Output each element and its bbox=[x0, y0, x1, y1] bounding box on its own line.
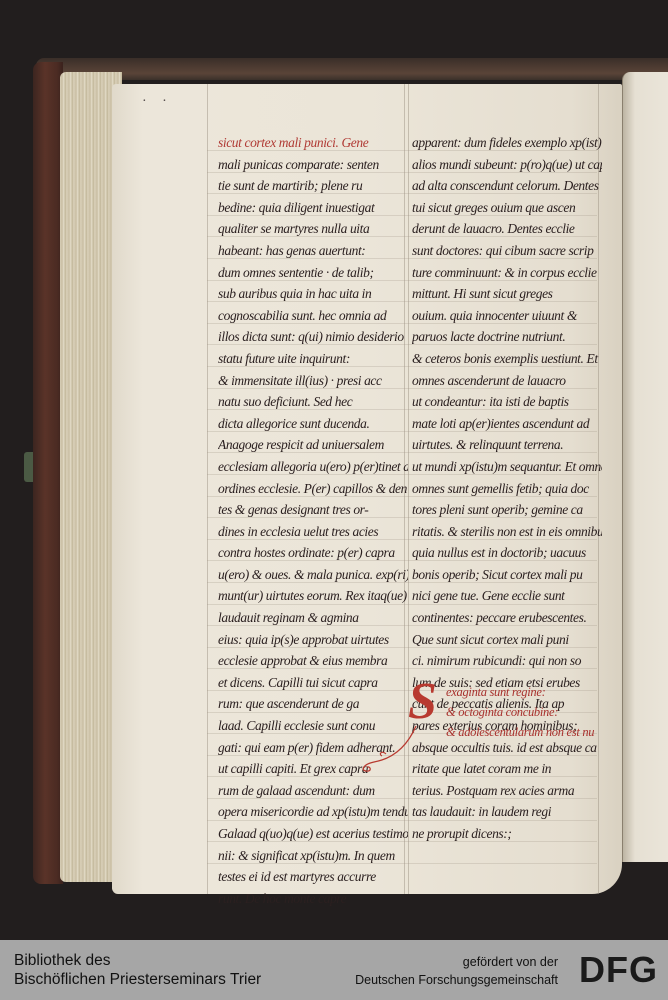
text-line: dicta allegorice sunt ducenda. bbox=[218, 413, 408, 435]
text-line: sunt doctores: qui cibum sacre scrip bbox=[412, 240, 602, 262]
text-line: & immensitate ill(ius) · presi acc bbox=[218, 370, 408, 392]
text-line: rum: que ascenderunt de ga bbox=[218, 693, 408, 715]
text-line: Galaad q(uo)q(ue) est acerius testimo bbox=[218, 823, 408, 845]
library-line-2: Bischöflichen Priesterseminars Trier bbox=[14, 970, 261, 989]
text-line: derunt de lauacro. Dentes ecclie bbox=[412, 218, 602, 240]
funding-line-2: Deutschen Forschungsgemeinschaft bbox=[355, 971, 558, 989]
text-line: ci. nimirum rubicundi: qui non so bbox=[412, 650, 602, 672]
text-line: ordines ecclesie. P(er) capillos & den bbox=[218, 478, 408, 500]
text-line: nici gene tue. Gene ecclie sunt bbox=[412, 585, 602, 607]
text-line: ut condeantur: ita isti de baptis bbox=[412, 391, 602, 413]
text-line: continentes: peccare erubescentes. bbox=[412, 607, 602, 629]
text-line: bonis operib; Sicut cortex mali pu bbox=[412, 564, 602, 586]
text-line: statu future uite inquirunt: bbox=[218, 348, 408, 370]
text-line: et dicens. Capilli tui sicut capra bbox=[218, 672, 408, 694]
text-line: munt(ur) uirtutes eorum. Rex itaq(ue) bbox=[218, 585, 408, 607]
text-line: rum de galaad ascendunt: dum bbox=[218, 780, 408, 802]
decorated-initial: S bbox=[408, 676, 437, 728]
dfg-logo: DFG bbox=[579, 952, 658, 988]
rubric-text: exaginta sunt regine:& octoginta concubi… bbox=[446, 682, 594, 742]
text-line: & ceteros bonis exemplis uestiunt. Et bbox=[412, 348, 602, 370]
text-line: tas laudauit: in laudem regi bbox=[412, 801, 602, 823]
text-line: mate loti ap(er)ientes ascendunt ad bbox=[412, 413, 602, 435]
rubric-line: & adolescentularum non est nu bbox=[446, 722, 594, 742]
text-line: omnes sunt gemellis fetib; quia doc bbox=[412, 478, 602, 500]
text-line: runt. De hoc monte capre bbox=[218, 888, 408, 910]
page-marks: · · bbox=[142, 94, 173, 110]
text-line: quia nullus est in doctorib; uacuus bbox=[412, 542, 602, 564]
book-board-top bbox=[36, 58, 668, 80]
text-line: nii: & significat xp(istu)m. In quem bbox=[218, 845, 408, 867]
text-line: sub auribus quia in hac uita in bbox=[218, 283, 408, 305]
text-line: ad alta conscendunt celorum. Dentes bbox=[412, 175, 602, 197]
text-line: ne prorupit dicens:; bbox=[412, 823, 602, 845]
text-line: ritatis. & sterilis non est in eis omnib… bbox=[412, 521, 602, 543]
text-column-left: sicut cortex mali punici. Genemali punic… bbox=[218, 132, 408, 909]
library-line-1: Bibliothek des bbox=[14, 951, 261, 970]
rubric-line: exaginta sunt regine: bbox=[446, 682, 594, 702]
text-line: mali punicas comparate: senten bbox=[218, 154, 408, 176]
text-line: dines in ecclesia uelut tres acies bbox=[218, 521, 408, 543]
text-line: habeant: has genas auertunt: bbox=[218, 240, 408, 262]
text-line: cognoscabilia sunt. hec omnia ad bbox=[218, 305, 408, 327]
text-line: opera misericordie ad xp(istu)m tendunt. bbox=[218, 801, 408, 823]
funding-line-1: gefördert von der bbox=[355, 953, 558, 971]
text-line: omnes ascenderunt de lauacro bbox=[412, 370, 602, 392]
text-line: tie sunt de martirib; plene ru bbox=[218, 175, 408, 197]
library-name: Bibliothek des Bischöflichen Priestersem… bbox=[14, 951, 261, 989]
text-line: ut mundi xp(istu)m sequantur. Et omnes bbox=[412, 456, 602, 478]
funding-credit: gefördert von der Deutschen Forschungsge… bbox=[355, 953, 558, 989]
manuscript-page: · · sicut cortex mali punici. Genemali p… bbox=[112, 84, 622, 894]
text-line: bedine: quia diligent inuestigat bbox=[218, 197, 408, 219]
ruling-line bbox=[207, 84, 208, 894]
text-line: terius. Postquam rex acies arma bbox=[412, 780, 602, 802]
text-line: Que sunt sicut cortex mali puni bbox=[412, 629, 602, 651]
facing-page bbox=[622, 72, 668, 862]
book-cover-edge bbox=[33, 62, 63, 884]
text-line: ecclesiam allegoria u(ero) p(er)tinet ad bbox=[218, 456, 408, 478]
text-line: uirtutes. & relinquunt terrena. bbox=[412, 434, 602, 456]
rubric-line: & octoginta concubine: bbox=[446, 702, 594, 722]
text-line: eius: quia ip(s)e approbat uirtutes bbox=[218, 629, 408, 651]
text-line: contra hostes ordinate: p(er) capra bbox=[218, 542, 408, 564]
text-line: tes & genas designant tres or- bbox=[218, 499, 408, 521]
text-line: tui sicut greges ouium que ascen bbox=[412, 197, 602, 219]
text-line: ouium. quia innocenter uiuunt & bbox=[412, 305, 602, 327]
text-line: apparent: dum fideles exemplo xp(ist)i bbox=[412, 132, 602, 154]
text-line: tores pleni sunt operib; gemine ca bbox=[412, 499, 602, 521]
text-line: Anagoge respicit ad uniuersalem bbox=[218, 434, 408, 456]
footer-banner: Bibliothek des Bischöflichen Priestersem… bbox=[0, 940, 668, 1000]
text-line: mittunt. Hi sunt sicut greges bbox=[412, 283, 602, 305]
text-line: testes ei id est martyres accurre bbox=[218, 866, 408, 888]
text-line: paruos lacte doctrine nutriunt. bbox=[412, 326, 602, 348]
initial-flourish-icon bbox=[356, 724, 426, 774]
text-line: laudauit reginam & agmina bbox=[218, 607, 408, 629]
text-line: alios mundi subeunt: p(ro)q(ue) ut capit… bbox=[412, 154, 602, 176]
text-line: sicut cortex mali punici. Gene bbox=[218, 132, 408, 154]
manuscript-image-viewer: · · sicut cortex mali punici. Genemali p… bbox=[0, 0, 668, 940]
text-line: u(ero) & oues. & mala punica. exp(ri) bbox=[218, 564, 408, 586]
text-line: natu suo deficiunt. Sed hec bbox=[218, 391, 408, 413]
text-line: ecclesie approbat & eius membra bbox=[218, 650, 408, 672]
text-line: ture comminuunt: & in corpus ecclie bbox=[412, 262, 602, 284]
text-line: illos dicta sunt: q(ui) nimio desiderio bbox=[218, 326, 408, 348]
text-line: ritate que latet coram me in bbox=[412, 758, 602, 780]
text-line: qualiter se martyres nulla uita bbox=[218, 218, 408, 240]
text-line: dum omnes sententie · de talib; bbox=[218, 262, 408, 284]
